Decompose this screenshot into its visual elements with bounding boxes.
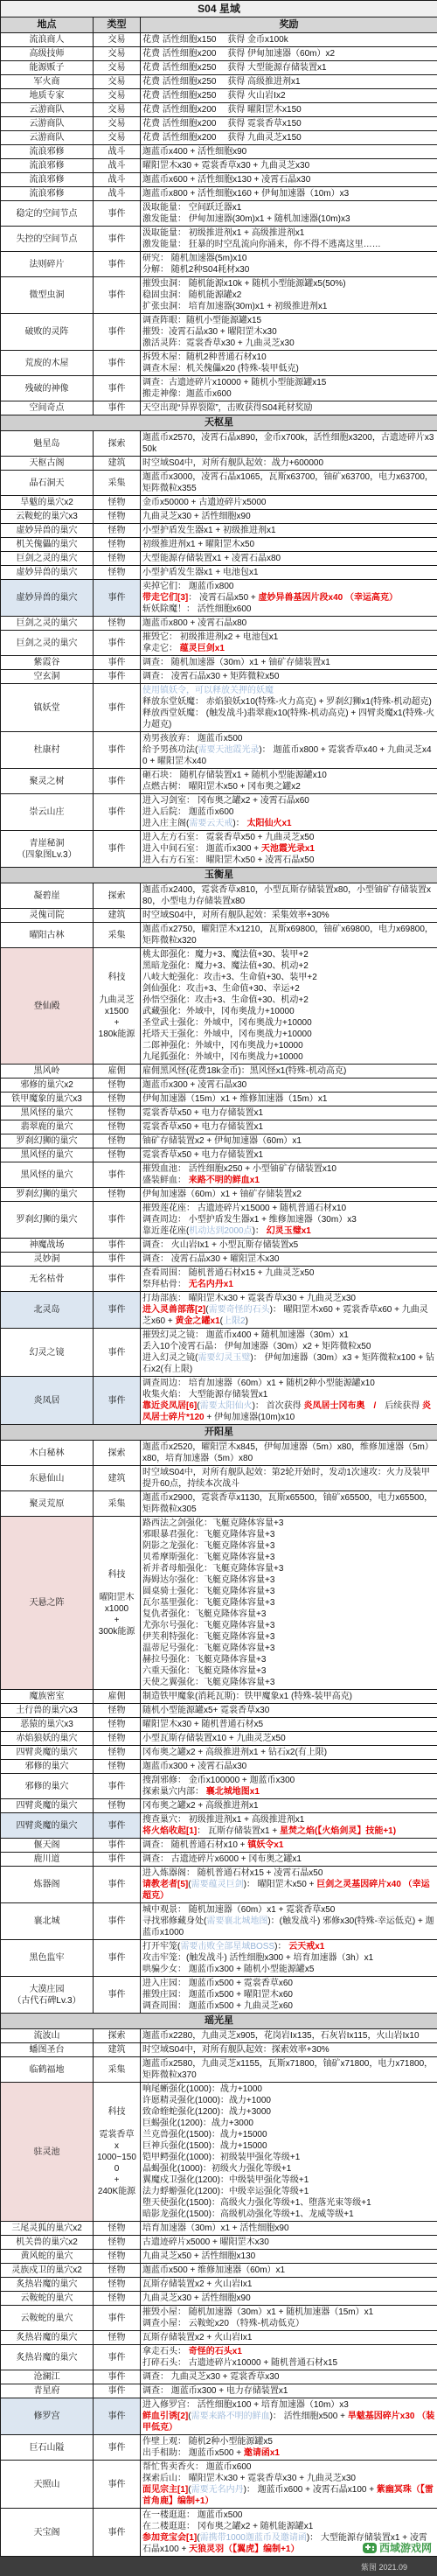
reward-cell: 冈布奥之罐x2 + 高级推进剂x1 + 钻石x2(有上限) bbox=[141, 1746, 437, 1760]
table-row: 炼器阁事件进入炼器阁： 随机普通石材x15 + 凌霄石晶x50请教老者[5](需… bbox=[1, 1867, 437, 1903]
location-cell: 聚灵之树 bbox=[1, 769, 94, 794]
reward-line: 寻找邪修藏身处(需要襄北城地图)：(触发战斗) 邪修x30(特殊-幸运低克) +… bbox=[142, 1916, 435, 1938]
reward-cell: 研究： 随机加速器(5m)x10分解： 随机2种S04耗材x30 bbox=[141, 252, 437, 277]
type-cell: 事件 bbox=[94, 1202, 141, 1239]
reward-line: 六重天强化：飞艇克隆体容量+3 bbox=[142, 1665, 435, 1677]
reward-line: 进入修罗宫： 活性细胞x100 + 培育加速器（10m）x3 bbox=[142, 2399, 435, 2411]
type-cell: 采集 bbox=[94, 2057, 141, 2083]
reward-cell: 冈布奥之罐x2 + 高级推进剂x1 bbox=[141, 1799, 437, 1813]
reward-line: 贝希摩斯强化：飞艇克隆体容量+3 bbox=[142, 1552, 435, 1563]
reward-cell: 进入炼器阁： 随机普通石材x15 + 凌霄石晶x50请教老者[5](需要蕴灵巨剑… bbox=[141, 1867, 437, 1903]
location-cell: 四臂炎魔的巢穴 bbox=[1, 1813, 94, 1839]
reward-line: 圣堂武士强化：外域中，冈布奥战力+10000 bbox=[142, 1017, 435, 1029]
reward-cell: 培育加速器（30m）x1 + 活性细胞x90 bbox=[141, 2222, 437, 2236]
reward-cell: 瓦斯存储装置x2 + 火山岩Ⅰx1 bbox=[141, 2278, 437, 2292]
type-cell: 怪物 bbox=[94, 2250, 141, 2264]
table-row: 云游商队交易花费 活性细胞x200 获得 霓裳香草x150 bbox=[1, 117, 437, 131]
reward-cell: 调查阵眼：随机小型能源罐x15摧毁：凌霄石晶x30 + 曜阳罡木x30激活灵阵：… bbox=[141, 314, 437, 351]
table-row: 无名枯骨事件查看周围： 随机普通石材x15 + 九曲灵芝x50祭拜枯骨： 无名内… bbox=[1, 1267, 437, 1292]
table-row: 恶猿的巢穴x3怪物曜阳罡木x30 + 随机普通石材x5 bbox=[1, 1718, 437, 1732]
reward-cell: 雇佣黑风怪(花费18k金币)：黑风怪x1(特殊-机动高克) bbox=[141, 1065, 437, 1079]
reward-line: 打碎石头： 古遗迹碎片x10000 + 随机普通石材x15 bbox=[142, 2357, 435, 2369]
reward-cell: 迦蓝币x2580，九曲灵芝x1155，瓦斯x71800，铀矿x71800，电力x… bbox=[141, 2057, 437, 2083]
reward-cell: 查看周围： 随机普通石材x15 + 九曲灵芝x50祭拜枯骨： 无名内丹x1 bbox=[141, 1267, 437, 1292]
reward-cell: 迦蓝币x600 + 活性细胞x130 + 凌霄石晶x30 bbox=[141, 173, 437, 187]
location-cell: 空玄洞 bbox=[1, 670, 94, 684]
reward-line: 路西法之剑强化：飞艇克隆体容量+3 bbox=[142, 1518, 435, 1529]
reward-cell: 迦蓝币x400 + 活性细胞x90 bbox=[141, 145, 437, 159]
table-row: 云鞍蛇的巢穴事件摧毁小屋： 随机加速器（30m）x1 + 随机加速器（15m）x… bbox=[1, 2306, 437, 2331]
reward-line: 复仇者强化：飞艇克隆体容量+3 bbox=[142, 1609, 435, 1620]
reward-line: 巨蜴强化(1200)：战力+3000 bbox=[142, 2118, 435, 2129]
location-cell: 杜康村 bbox=[1, 732, 94, 769]
reward-line: 进入左方石室： 霓裳香草x50 + 九曲灵芝x50 bbox=[142, 832, 435, 843]
reward-line: 迦蓝币x500 + 维修加速器（60m）x1 bbox=[142, 2265, 435, 2276]
reward-line: 铠甲鳄强化(1000)：初级装甲强化等级+1 bbox=[142, 2152, 435, 2163]
type-cell: 怪物 bbox=[94, 538, 141, 552]
reward-line: 迦蓝币x2400，霓裳香草x810，小型瓦斯存储装置x80，小型铀矿存储装置x8… bbox=[142, 884, 435, 907]
reward-line: 瓦斯存储装置x2 + 火山岩Ⅰx1 bbox=[142, 2332, 435, 2343]
reward-cell: 时空域S04中，对所有舰队起效：探索效率+30% bbox=[141, 2043, 437, 2057]
location-cell: 巨剑之灵的巢穴 bbox=[1, 552, 94, 566]
reward-line: 丢入10个凌霄石晶： 伊甸加速器（30m）x2 + 矩阵微粒x50 bbox=[142, 1341, 435, 1352]
type-cell: 探索 bbox=[94, 431, 141, 457]
reward-line: 面见宗主[1](需要无名内丹)： 迦蓝币x600 + 凌霄石晶x100 + 紫幽… bbox=[142, 2484, 435, 2507]
type-cell: 事件 bbox=[94, 227, 141, 252]
table-row: 崇云山庄事件进入习剑室： 冈布奥之罐x2 + 凌霄石晶x60进入后院： 迦蓝币x… bbox=[1, 794, 437, 831]
section-header-row: 天枢星 bbox=[1, 415, 437, 431]
reward-line: 迦蓝币x300 + 凌霄石晶x30 bbox=[142, 1079, 435, 1091]
site-logo-icon bbox=[363, 2541, 377, 2555]
location-cell: 四臂炎魔的巢穴 bbox=[1, 1746, 94, 1760]
type-cell: 事件 bbox=[94, 401, 141, 415]
reward-line: 搜刮邪修： 金币x100000 + 迦蓝币x300 bbox=[142, 1775, 435, 1786]
table-row: 流浪邪修战斗迦蓝币x600 + 活性细胞x130 + 凌霄石晶x30 bbox=[1, 173, 437, 187]
reward-cell: 调查：古遗迹碎片x10000 + 随机小型能源罐x15搬走神像：迦蓝币x600 bbox=[141, 376, 437, 401]
type-cell: 科技 曜阳罡木x1000+300k能源 bbox=[94, 1517, 141, 1690]
type-cell: 怪物 bbox=[94, 617, 141, 631]
location-cell: 晶石洞天 bbox=[1, 471, 94, 496]
reward-cell: 小型护盾发生器x1 + 初级推进剂x1 bbox=[141, 524, 437, 538]
reward-cell: 摧毁它： 初级推进剂x2 + 电池包x1拿走它： 蕴灵巨剑x1 bbox=[141, 631, 437, 656]
reward-line: 分解： 随机2种S04耗材x30 bbox=[142, 264, 435, 276]
location-cell: 青崖秘洞（四象图Lv.3） bbox=[1, 831, 94, 868]
reward-cell: 进入左方石室： 霓裳香草x50 + 九曲灵芝x50进入中间石室： 迦蓝币x300… bbox=[141, 831, 437, 868]
table-row: 铁甲魔象的巢穴x3怪物伊甸加速器（15m）x1 + 维修加速器（15m）x1 bbox=[1, 1093, 437, 1106]
location-cell: 炙热岩魔的巢穴 bbox=[1, 2345, 94, 2370]
type-cell: 事件 bbox=[94, 2461, 141, 2509]
location-cell: 高级技师 bbox=[1, 47, 94, 61]
table-row: 凝碧崖探索迦蓝币x2400，霓裳香草x810，小型瓦斯存储装置x80，小型铀矿存… bbox=[1, 883, 437, 909]
reward-cell: 调查： 凌霄石晶x30 + 曜阳罡木x30 bbox=[141, 1253, 437, 1267]
location-cell: 修罗宫 bbox=[1, 2398, 94, 2435]
location-cell: 虚妙异兽的巢穴 bbox=[1, 524, 94, 538]
table-row: 天枢古阁建筑时空域S04中，对所有舰队起效：战力+600000 bbox=[1, 457, 437, 471]
reward-line: 花费 活性细胞x250 获得 高级推进剂x1 bbox=[142, 76, 435, 87]
reward-line: 调查： 迦蓝币x300 + 电力存储装置x1 bbox=[142, 2385, 435, 2397]
reward-cell: 拆毁木屋：随机2种普通石材x10调查木屋：机关傀儡x20 (特殊-装甲低克) bbox=[141, 351, 437, 376]
reward-cell: 迦蓝币x2520，曜阳罡木x845，伊甸加速器（5m）x80，维修加速器（5m）… bbox=[141, 1441, 437, 1466]
reward-line: 摧毁幻灵之镜： 迦蓝币x400 + 随机加速器（30m）x1 bbox=[142, 1330, 435, 1341]
reward-cell: 铀矿存储装置x2 + 伊甸加速器（60m）x1 bbox=[141, 1134, 437, 1148]
location-cell: 幻灵之镜 bbox=[1, 1329, 94, 1377]
location-cell: 蟠图圣台 bbox=[1, 2043, 94, 2057]
type-cell: 事件 bbox=[94, 2370, 141, 2384]
table-row: 北灵岛事件打劫部族： 曜阳罡木x30 + 霓裳香草x30 + 九曲灵芝x30进入… bbox=[1, 1292, 437, 1329]
location-cell: 偃天阁 bbox=[1, 1839, 94, 1853]
reward-cell: 搜查巢穴： 初级推进剂x1 + 高级推进剂x1将火焰收起[1]： 瓦斯存储装置x… bbox=[141, 1813, 437, 1839]
location-cell: 荒废的木屋 bbox=[1, 351, 94, 376]
reward-line: 暗影龙强化(1500)：高级机动强化等级+1、龙威等级+1 bbox=[142, 2209, 435, 2220]
table-row: 曜阳古林采集迦蓝币x2750，曜阳罡木x1210，瓦斯x69800，铀矿x698… bbox=[1, 923, 437, 948]
location-cell: 炙热岩魔的巢穴 bbox=[1, 2278, 94, 2292]
reward-cell: 调查： 九曲灵芝x30 + 霓裳香草x30 bbox=[141, 2370, 437, 2384]
reward-line: 八岐大蛇强化：攻击+3、生命值+30、装甲+2 bbox=[142, 972, 435, 983]
location-cell: 流浪邪修 bbox=[1, 173, 94, 187]
table-row: 紫霞谷事件调查： 随机加速器（30m）x1 + 铀矿存储装置x1 bbox=[1, 656, 437, 670]
reward-cell: 进入修罗宫： 活性细胞x100 + 培育加速器（10m）x3鲜血引诱[2](需要… bbox=[141, 2398, 437, 2435]
reward-line: 霓裳香草x50 + 电力存储装置x1 bbox=[142, 1121, 435, 1133]
table-row: 邪修的巢穴怪物迦蓝币x300 + 凌霄石晶x30 bbox=[1, 1760, 437, 1774]
reward-cell: 调查周边： 培育加速器（60m）x1 + 随机2种小型能源罐x10收集火焰： 大… bbox=[141, 1377, 437, 1425]
reward-line: 调查： 随机普通石材x10 + 镇妖令x1 bbox=[142, 1840, 435, 1851]
type-cell: 怪物 bbox=[94, 496, 141, 510]
reward-cell: 曜阳罡木x30 + 随机普通石材x5 bbox=[141, 1718, 437, 1732]
reward-line: 调查：古遗迹碎片x10000 + 随机小型能源罐x15 bbox=[142, 377, 435, 388]
reward-line: 时空域S04中，对所有舰队起效：战力+600000 bbox=[142, 457, 435, 469]
table-row: 天照山事件帮忙售卖香火： 迦蓝币x600探索后山： 曜阳罡木x30 + 霓裳香草… bbox=[1, 2461, 437, 2509]
location-cell: 土行兽的巢穴x3 bbox=[1, 1704, 94, 1718]
reward-line: 制造铁甲魔象(消耗瓦斯)：铁甲魔象x1 (特殊-装甲高克) bbox=[142, 1691, 435, 1702]
reward-line: 摧毁血池： 活性细胞x250 + 小型铀矿存储装置x10 bbox=[142, 1163, 435, 1175]
reward-cell: 调查： 火山岩Ⅰx1 + 小型瓦斯存储装置x5 bbox=[141, 1239, 437, 1253]
table-row: 襄北城事件城中观景： 随机加速器（60m）x1 + 霓裳香草x50寻找邪修藏身处… bbox=[1, 1903, 437, 1940]
reward-cell: 大型能源存储装置x1 + 凌霄石晶x80 bbox=[141, 552, 437, 566]
type-cell: 事件 bbox=[94, 2345, 141, 2370]
table-row: 黑色监牢事件打开牢笼(需要击败全部星域BOSS)： 云天戒x1攻击牢笼：(触发战… bbox=[1, 1940, 437, 1977]
reward-cell: 摧毁虫洞： 随机能源x10k + 随机小型能源罐x5(50%)稳固虫洞： 随机能… bbox=[141, 277, 437, 314]
table-row: 聚灵之树事件砸石块： 随机存储装置x1 + 随机小型能源罐x10点燃古树： 曜阳… bbox=[1, 769, 437, 794]
type-cell: 事件 bbox=[94, 1329, 141, 1377]
location-cell: 登仙殿 bbox=[1, 948, 94, 1065]
table-row: 青星府事件调查： 迦蓝币x300 + 电力存储装置x1 bbox=[1, 2384, 437, 2398]
reward-line: 在一楼逛逛： 迦蓝币x500 bbox=[142, 2510, 435, 2521]
reward-line: 致命蝰蛇强化(1200)：战力+3000 bbox=[142, 2106, 435, 2118]
reward-line: 靠近炎凤居[6](需要太阳仙火)： 首次获得 炎凤居士冈布奥 / 后续获得 炎凤… bbox=[142, 1400, 435, 1423]
location-cell: 天照山 bbox=[1, 2461, 94, 2509]
type-cell: 事件 bbox=[94, 1162, 141, 1188]
type-cell: 建筑 bbox=[94, 457, 141, 471]
table-row: 云游商队交易花费 活性细胞x200 获得 九曲灵芝x150 bbox=[1, 131, 437, 145]
location-cell: 云鞍蛇的巢穴x3 bbox=[1, 510, 94, 524]
reward-line: 使用镇妖令，可以释放关押的妖魔 bbox=[142, 685, 435, 696]
table-row: 东悬仙山建筑时空域S04中，对所有舰队起效：第2轮开始时，发动1次速攻：火力及装… bbox=[1, 1466, 437, 1491]
location-cell: 神魔战场 bbox=[1, 1239, 94, 1253]
reward-line: 天空出现“异界裂隙”，击败获得S04耗材奖励 bbox=[142, 402, 435, 414]
location-cell: 青星府 bbox=[1, 2384, 94, 2398]
type-cell: 交易 bbox=[94, 47, 141, 61]
location-cell: 北灵岛 bbox=[1, 1292, 94, 1329]
reward-line: 古遗迹碎片x5000 + 曜阳罡木x30 bbox=[142, 2237, 435, 2248]
location-cell: 法则碎片 bbox=[1, 252, 94, 277]
table-row: 赤焰狼妖的巢穴怪物小型瓦斯存储装置x10 + 九曲灵芝x50 bbox=[1, 1732, 437, 1746]
location-cell: 铁甲魔象的巢穴x3 bbox=[1, 1093, 94, 1106]
type-cell: 事件 bbox=[94, 670, 141, 684]
reward-line: 在二楼逛逛： 冈布奥之罐x2 + 随机能源罐x1 bbox=[142, 2521, 435, 2532]
reward-line: 搬走神像：迦蓝币x600 bbox=[142, 388, 435, 400]
location-cell: 炼器阁 bbox=[1, 1867, 94, 1903]
reward-line: 花费 活性细胞x200 获得 九曲灵芝x150 bbox=[142, 132, 435, 143]
table-row: 巨剑之灵的巢穴事件摧毁它： 初级推进剂x2 + 电池包x1拿走它： 蕴灵巨剑x1 bbox=[1, 631, 437, 656]
location-cell: 东悬仙山 bbox=[1, 1466, 94, 1491]
reward-line: 调查阵眼：随机小型能源罐x15 bbox=[142, 315, 435, 326]
location-cell: 沧澜江 bbox=[1, 2370, 94, 2384]
reward-cell: 花费 活性细胞x150 获得 金币x100k bbox=[141, 33, 437, 47]
reward-line: 探索后山： 曜阳罡木x30 + 霓裳香草x30 + 九曲灵芝x30 bbox=[142, 2473, 435, 2484]
location-cell: 黑风怪的巢穴 bbox=[1, 1162, 94, 1188]
type-cell: 怪物 bbox=[94, 1760, 141, 1774]
reward-cell: 调查： 随机普通石材x10 + 镇妖令x1 bbox=[141, 1839, 437, 1853]
type-cell: 采集 bbox=[94, 923, 141, 948]
reward-line: 带走它们[3]： 凌霄石晶x50 + 虚妙异兽基因片段x40 （幸运高克） bbox=[142, 592, 435, 604]
table-row: 黑风岭雇佣雇佣黑风怪(花费18k金币)：黑风怪x1(特殊-机动高克) bbox=[1, 1065, 437, 1079]
reward-line: 兰克兽强化(1500)：战力+15000 bbox=[142, 2129, 435, 2140]
location-cell: 灵傀司院 bbox=[1, 909, 94, 923]
reward-line: 点燃古树： 曜阳罡木x50 + 冈布奥之罐x2 bbox=[142, 781, 435, 792]
location-cell: 微型虫洞 bbox=[1, 277, 94, 314]
type-cell: 科技 九曲灵芝x1500+180k能源 bbox=[94, 948, 141, 1065]
location-cell: 流浪邪修 bbox=[1, 145, 94, 159]
reward-line: 九曲灵芝x30 + 活性细胞x90 bbox=[142, 2293, 435, 2304]
location-cell: 邪修的巢穴 bbox=[1, 1760, 94, 1774]
reward-cell: 九曲灵芝x30 + 活性细胞x90 bbox=[141, 2292, 437, 2306]
reward-line: 劝男孩放弃： 迦蓝币x500 bbox=[142, 733, 435, 744]
type-cell: 事件 bbox=[94, 794, 141, 831]
type-cell: 事件 bbox=[94, 580, 141, 617]
table-row: 流波山探索迦蓝币x2280，九曲灵芝x905，花岗岩Ⅰx135，石灰岩Ⅰx115… bbox=[1, 2029, 437, 2043]
reward-cell: 花费 活性细胞x200 获得 霓裳香草x150 bbox=[141, 117, 437, 131]
type-cell: 事件 bbox=[94, 201, 141, 227]
table-row: 邪修的巢穴x2怪物迦蓝币x300 + 凌霄石晶x30 bbox=[1, 1079, 437, 1093]
location-cell: 空间奇点 bbox=[1, 401, 94, 415]
table-row: 失控的空间节点事件汲取能量： 初级推进剂x1 + 高级推进剂x1激发能量： 狂暴… bbox=[1, 227, 437, 252]
type-cell: 怪物 bbox=[94, 1704, 141, 1718]
reward-cell: 搜刮邪修： 金币x100000 + 迦蓝币x300探索巢穴内部： 襄北城地图x1 bbox=[141, 1774, 437, 1799]
reward-line: 卖掉它们： 迦蓝币x800 bbox=[142, 581, 435, 592]
type-cell: 事件 bbox=[94, 1267, 141, 1292]
location-cell: 炙热岩魔的巢穴 bbox=[1, 2331, 94, 2345]
table-row: 神魔战场事件调查： 火山岩Ⅰx1 + 小型瓦斯存储装置x5 bbox=[1, 1239, 437, 1253]
table-row: 幻灵之镜事件摧毁幻灵之镜： 迦蓝币x400 + 随机加速器（30m）x1丢入10… bbox=[1, 1329, 437, 1377]
reward-line: 哄骗少女： 迦蓝币x300 + 随机小型能源罐x5 bbox=[142, 1964, 435, 1975]
reward-line: 初级推进剂x1 + 曜阳罡木x50 bbox=[142, 539, 435, 550]
reward-line: 迦蓝币x400 + 活性细胞x90 bbox=[142, 146, 435, 157]
location-cell: 流浪邪修 bbox=[1, 159, 94, 173]
reward-line: 伊甸加速器（15m）x1 + 维修加速器（15m）x1 bbox=[142, 1093, 435, 1105]
table-row: 偃天阁事件调查： 随机普通石材x10 + 镇妖令x1 bbox=[1, 1839, 437, 1853]
table-row: 荒废的木屋事件拆毁木屋：随机2种普通石材x10调查木屋：机关傀儡x20 (特殊-… bbox=[1, 351, 437, 376]
location-cell: 稳定的空间节点 bbox=[1, 201, 94, 227]
location-cell: 机关兽的巢穴x2 bbox=[1, 2236, 94, 2250]
reward-line: 花费 活性细胞x200 获得 曜阳罡木x150 bbox=[142, 104, 435, 115]
type-cell: 怪物 bbox=[94, 1079, 141, 1093]
reward-line: 曜阳罡木x30 + 随机普通石材x5 bbox=[142, 1719, 435, 1730]
location-cell: 赤焰狼妖的巢穴 bbox=[1, 1732, 94, 1746]
reward-line: 培育加速器（30m）x1 + 活性细胞x90 bbox=[142, 2223, 435, 2234]
type-cell: 事件 bbox=[94, 1292, 141, 1329]
footer-text: 紫图 2021.09 bbox=[361, 2561, 407, 2573]
reward-cell: 摧毁莲花座： 古遗迹碎片x15000 + 随机普通石材x10调查周边： 小型护盾… bbox=[141, 1202, 437, 1239]
reward-cell: 迦蓝币x2400，霓裳香草x810，小型瓦斯存储装置x80，小型铀矿存储装置x8… bbox=[141, 883, 437, 909]
table-row: 空间奇点事件天空出现“异界裂隙”，击败获得S04耗材奖励 bbox=[1, 401, 437, 415]
reward-cell: 迦蓝币x300 + 凌霄石晶x30 bbox=[141, 1760, 437, 1774]
section-header-row: 玉衡星 bbox=[1, 868, 437, 883]
type-cell: 怪物 bbox=[94, 2236, 141, 2250]
reward-line: 迦蓝币x2570，凌霄石晶x890，金币x700k，活性细胞x3200，古遗迹碎… bbox=[142, 432, 435, 455]
reward-line: 邪眼暴君强化：飞艇克隆体容量+3 bbox=[142, 1529, 435, 1540]
reward-line: 铀矿存储装置x2 + 伊甸加速器（60m）x1 bbox=[142, 1135, 435, 1147]
table-row: 炎凤居事件调查周边： 培育加速器（60m）x1 + 随机2种小型能源罐x10收集… bbox=[1, 1377, 437, 1425]
table-row: 灵族戍卫的巢穴x2怪物迦蓝币x500 + 维修加速器（60m）x1 bbox=[1, 2264, 437, 2278]
location-cell: 灵族戍卫的巢穴x2 bbox=[1, 2264, 94, 2278]
location-cell: 木白秘林 bbox=[1, 1441, 94, 1466]
table-row: 稳定的空间节点事件汲取能量： 空间跃迁器x1激发能量： 伊甸加速器(30m)x1… bbox=[1, 201, 437, 227]
reward-line: 将火焰收起[1]： 瓦斯存储装置x1 + 星焚之焰(【火焰剑灵】技能+1) bbox=[142, 1826, 435, 1837]
table-row: 翡翠鹿的巢穴怪物霓裳香草x50 + 电力存储装置x1 bbox=[1, 1120, 437, 1134]
reward-line: 进入庄园： 迦蓝币x500 + 霓裳香草x60 bbox=[142, 1978, 435, 1989]
location-cell: 天悬之阵 bbox=[1, 1517, 94, 1690]
reward-cell: 时空域S04中，对所有舰队起效：第2轮开始时，发动1次速攻：火力及装甲提升60点… bbox=[141, 1466, 437, 1491]
reward-line: 许愿精灵强化(1000)：战力+1000 bbox=[142, 2095, 435, 2106]
table-row: 空玄洞事件调查： 凌霄石晶x30 + 矩阵微粒x50 bbox=[1, 670, 437, 684]
reward-cell: 瓦斯存储装置x2 + 火山岩Ⅰx1 bbox=[141, 2331, 437, 2345]
reward-line: 攻击牢笼：(触发战斗) 活性细胞x300 + 培育加速器（3h）x1 bbox=[142, 1952, 435, 1964]
location-cell: 罗刹幻狮的巢穴 bbox=[1, 1202, 94, 1239]
table-row: 木白秘林探索迦蓝币x2520，曜阳罡木x845，伊甸加速器（5m）x80，维修加… bbox=[1, 1441, 437, 1466]
reward-line: 斩妖除魔！： 活性细胞x600 bbox=[142, 604, 435, 615]
location-cell: 黑风怪的巢穴 bbox=[1, 1148, 94, 1162]
location-cell: 能源贩子 bbox=[1, 61, 94, 75]
table-row: 地质专家交易花费 活性细胞x250 获得 火山岩Ⅰx2 bbox=[1, 89, 437, 103]
reward-cell: 时空域S04中，对所有舰队起效：战力+600000 bbox=[141, 457, 437, 471]
reward-line: 给予男孩功法(需要天池霞光录)： 迦蓝币x800 + 霓裳香草x40 + 九曲灵… bbox=[142, 744, 435, 767]
reward-line: 天使之翼强化：飞艇克隆体容量+3 bbox=[142, 1677, 435, 1688]
reward-line: 汲取能量： 初级推进剂x1 + 高级推进剂x1 bbox=[142, 227, 435, 239]
column-header-row: 地点 类型 奖励 bbox=[1, 17, 437, 33]
table-row: 巨剑之灵的巢穴怪物大型能源存储装置x1 + 凌霄石晶x80 bbox=[1, 552, 437, 566]
type-cell: 战斗 bbox=[94, 173, 141, 187]
type-cell: 建筑 bbox=[94, 2043, 141, 2057]
location-cell: 凝碧崖 bbox=[1, 883, 94, 909]
reward-line: 调查周围： 迦蓝币x500 + 九曲灵芝x60 bbox=[142, 2000, 435, 2012]
reward-cell: 调查： 随机加速器（30m）x1 + 铀矿存储装置x1 bbox=[141, 656, 437, 670]
reward-line: 花费 活性细胞x250 获得 大型能源存储装置x1 bbox=[142, 62, 435, 73]
table-row: 流浪邪修战斗曜阳罡木x30 + 霓裳香草x30 + 九曲灵芝x30 bbox=[1, 159, 437, 173]
reward-cell: 城中观景： 随机加速器（60m）x1 + 霓裳香草x50寻找邪修藏身处(需要襄北… bbox=[141, 1903, 437, 1940]
type-cell: 怪物 bbox=[94, 510, 141, 524]
site-watermark-text: 西域游戏网 bbox=[379, 2540, 432, 2555]
reward-line: 迦蓝币x800 + 活性细胞x160 + 伊甸加速器（10m）x3 bbox=[142, 188, 435, 199]
type-cell: 事件 bbox=[94, 1903, 141, 1940]
location-cell: 魔族密室 bbox=[1, 1690, 94, 1704]
type-cell: 事件 bbox=[94, 351, 141, 376]
reward-cell: 霓裳香草x50 + 电力存储装置x1 bbox=[141, 1106, 437, 1120]
reward-line: 九曲灵芝x30 + 活性细胞x90 bbox=[142, 511, 435, 522]
reward-line: 砸石块： 随机存储装置x1 + 随机小型能源罐x10 bbox=[142, 770, 435, 781]
table-row: 登仙殿科技 九曲灵芝x1500+180k能源桃太郎强化：魔力+3、魔法值+30、… bbox=[1, 948, 437, 1065]
type-cell: 怪物 bbox=[94, 2278, 141, 2292]
reward-line: 温蒂尼号强化：飞艇克隆体容量+3 bbox=[142, 1643, 435, 1654]
table-row: 巨剑之灵的巢穴怪物迦蓝币x800 + 凌霄石晶x80 bbox=[1, 617, 437, 631]
reward-line: 拿走它： 蕴灵巨剑x1 bbox=[142, 643, 435, 654]
reward-line: 调查： 凌霄石晶x30 + 曜阳罡木x30 bbox=[142, 1253, 435, 1265]
reward-line: 摧毁：凌霄石晶x30 + 曜阳罡木x30 bbox=[142, 326, 435, 338]
type-cell: 怪物 bbox=[94, 2264, 141, 2278]
reward-line: 九曲灵芝x50 + 活性细胞x130 bbox=[142, 2251, 435, 2262]
reward-cell: 花费 活性细胞x200 获得 九曲灵芝x150 bbox=[141, 131, 437, 145]
reward-line: 巨神兵强化(1500)：战力+15000 bbox=[142, 2140, 435, 2152]
table-row: 四臂炎魔的巢穴事件搜查巢穴： 初级推进剂x1 + 高级推进剂x1将火焰收起[1]… bbox=[1, 1813, 437, 1839]
reward-line: 进入习剑室： 冈布奥之罐x2 + 凌霄石晶x60 bbox=[142, 795, 435, 806]
reward-line: 法力蜉蝣强化(1200)：中级幸运强化等级+1 bbox=[142, 2186, 435, 2197]
reward-line: 摧毁庄园： 迦蓝币x500 + 曜阳罡木x60 bbox=[142, 1989, 435, 2000]
location-cell: 流浪商人 bbox=[1, 33, 94, 47]
table-row: 虚妙异兽的巢穴怪物小型护盾发生器x1 + 电池包x1 bbox=[1, 566, 437, 580]
reward-line: 武藏强化：外域中，冈布奥战力+10000 bbox=[142, 1006, 435, 1017]
reward-cell: 天空出现“异界裂隙”，击败获得S04耗材奖励 bbox=[141, 401, 437, 415]
reward-cell: 时空域S04中，对所有舰队起效：采集效率+30% bbox=[141, 909, 437, 923]
reward-line: 汲取能量： 空间跃迁器x1 bbox=[142, 202, 435, 213]
location-cell: 云游商队 bbox=[1, 117, 94, 131]
reward-line: 调查： 随机加速器（30m）x1 + 铀矿存储装置x1 bbox=[142, 657, 435, 668]
reward-line: 迦蓝币x600 + 活性细胞x130 + 凌霄石晶x30 bbox=[142, 174, 435, 185]
location-cell: 虚妙异兽的巢穴 bbox=[1, 580, 94, 617]
footer-bar: 紫图 2021.09 bbox=[0, 2557, 437, 2576]
location-cell: 巨石山隘 bbox=[1, 2435, 94, 2461]
location-cell: 失控的空间节点 bbox=[1, 227, 94, 252]
reward-line: 冈布奥之罐x2 + 高级推进剂x1 bbox=[142, 1800, 435, 1812]
reward-cell: 古遗迹碎片x5000 + 曜阳罡木x30 bbox=[141, 2236, 437, 2250]
reward-line: 伊芙利特强化：飞艇克隆体容量+3 bbox=[142, 1631, 435, 1643]
reward-cell: 使用镇妖令，可以释放关押的妖魔释放东堂妖魔： 赤焰狼妖x10(特殊-火力高克) … bbox=[141, 684, 437, 732]
location-cell: 驻灵池 bbox=[1, 2083, 94, 2222]
reward-line: 调查： 古遗迹碎片x6000 + 冈布奥之罐x1 bbox=[142, 1853, 435, 1865]
type-cell: 采集 bbox=[94, 471, 141, 496]
location-cell: 黄风蛇的巢穴 bbox=[1, 2250, 94, 2264]
table-row: 炙热岩魔的巢穴怪物瓦斯存储装置x2 + 火山岩Ⅰx1 bbox=[1, 2278, 437, 2292]
table-row: 临鹤福地采集迦蓝币x2580，九曲灵芝x1155，瓦斯x71800，铀矿x718… bbox=[1, 2057, 437, 2083]
type-cell: 怪物 bbox=[94, 1148, 141, 1162]
reward-line: 响尾蜥强化(1000)：战力+1000 bbox=[142, 2084, 435, 2095]
reward-line: 瓦斯存储装置x2 + 火山岩Ⅰx1 bbox=[142, 2279, 435, 2290]
table-row: 罗刹幻狮的巢穴怪物伊甸加速器（60m）x1 + 铀矿存储装置x2 bbox=[1, 1188, 437, 1202]
type-cell: 建筑 bbox=[94, 1466, 141, 1491]
reward-cell: 花费 活性细胞x250 获得 火山岩Ⅰx2 bbox=[141, 89, 437, 103]
location-cell: 黑色监牢 bbox=[1, 1940, 94, 1977]
table-row: 邪修的巢穴事件搜刮邪修： 金币x100000 + 迦蓝币x300探索巢穴内部： … bbox=[1, 1774, 437, 1799]
type-cell: 怪物 bbox=[94, 1799, 141, 1813]
reward-line: 调查木屋：机关傀儡x20 (特殊-装甲低克) bbox=[142, 363, 435, 374]
reward-line: 靠近莲花座(机动达到2000点)： 幻灵玉璧x1 bbox=[142, 1225, 435, 1237]
reward-cell: 金币x50000 + 古遗迹碎片x5000 bbox=[141, 496, 437, 510]
reward-line: 剑仙强化：攻击+3、生命值+30、幸运+2 bbox=[142, 983, 435, 995]
location-cell: 天宝阁 bbox=[1, 2509, 94, 2557]
type-cell: 事件 bbox=[94, 1853, 141, 1867]
section-header-row: 瑶光星 bbox=[1, 2014, 437, 2029]
table-row: 微型虫洞事件摧毁虫洞： 随机能源x10k + 随机小型能源罐x5(50%)稳固虫… bbox=[1, 277, 437, 314]
table-row: 四臂炎魔的巢穴怪物冈布奥之罐x2 + 高级推进剂x1 + 钻石x2(有上限) bbox=[1, 1746, 437, 1760]
reward-cell: 汲取能量： 初级推进剂x1 + 高级推进剂x1激发能量： 狂暴的时空乱流向你涌来… bbox=[141, 227, 437, 252]
